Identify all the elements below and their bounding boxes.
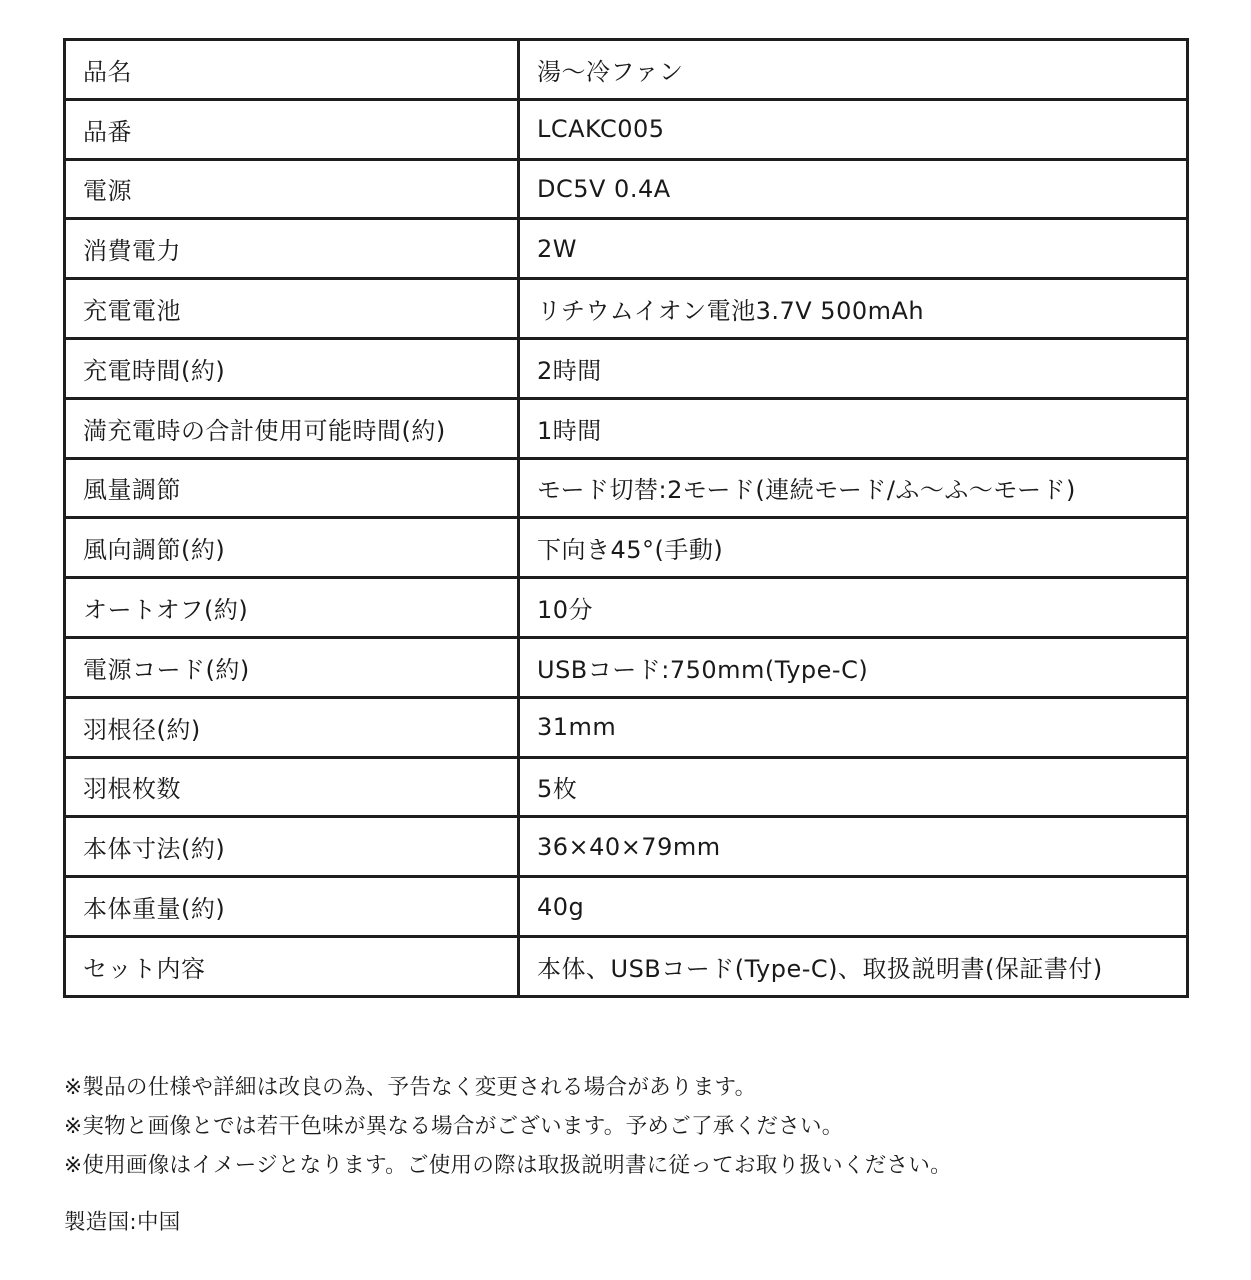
- country-of-origin: 製造国:中国: [64, 1205, 181, 1236]
- spec-label: 電源コード(約): [65, 637, 519, 697]
- spec-label: 風量調節: [65, 458, 519, 518]
- spec-table: 品名湯〜冷ファン 品番LCAKC005 電源DC5V 0.4A 消費電力2W 充…: [63, 38, 1189, 998]
- spec-label: 風向調節(約): [65, 518, 519, 578]
- spec-value: 2W: [519, 219, 1188, 279]
- table-row: 電源DC5V 0.4A: [65, 159, 1188, 219]
- spec-label: オートオフ(約): [65, 578, 519, 638]
- spec-value: USBコード:750mm(Type-C): [519, 637, 1188, 697]
- spec-label: 消費電力: [65, 219, 519, 279]
- spec-label: 充電電池: [65, 279, 519, 339]
- spec-label: 品名: [65, 40, 519, 100]
- spec-value: モード切替:2モード(連続モード/ふ〜ふ〜モード): [519, 458, 1188, 518]
- disclaimer-notes: ※製品の仕様や詳細は改良の為、予告なく変更される場合があります。 ※実物と画像と…: [64, 1068, 952, 1185]
- note-line: ※実物と画像とでは若干色味が異なる場合がございます。予めご了承ください。: [64, 1107, 952, 1146]
- spec-value: 31mm: [519, 697, 1188, 757]
- spec-value: LCAKC005: [519, 99, 1188, 159]
- spec-label: 羽根径(約): [65, 697, 519, 757]
- table-row: オートオフ(約)10分: [65, 578, 1188, 638]
- spec-label: 満充電時の合計使用可能時間(約): [65, 398, 519, 458]
- table-row: 品名湯〜冷ファン: [65, 40, 1188, 100]
- spec-value: リチウムイオン電池3.7V 500mAh: [519, 279, 1188, 339]
- table-row: 品番LCAKC005: [65, 99, 1188, 159]
- spec-value: 1時間: [519, 398, 1188, 458]
- note-line: ※製品の仕様や詳細は改良の為、予告なく変更される場合があります。: [64, 1068, 952, 1107]
- table-row: 充電電池リチウムイオン電池3.7V 500mAh: [65, 279, 1188, 339]
- spec-label: 本体寸法(約): [65, 817, 519, 877]
- table-row: 風向調節(約)下向き45°(手動): [65, 518, 1188, 578]
- spec-label: 羽根枚数: [65, 757, 519, 817]
- table-row: 本体寸法(約)36×40×79mm: [65, 817, 1188, 877]
- table-row: セット内容本体、USBコード(Type-C)、取扱説明書(保証書付): [65, 936, 1188, 996]
- spec-value: 2時間: [519, 338, 1188, 398]
- spec-label: 充電時間(約): [65, 338, 519, 398]
- spec-label: 本体重量(約): [65, 877, 519, 937]
- table-row: 消費電力2W: [65, 219, 1188, 279]
- spec-value: 36×40×79mm: [519, 817, 1188, 877]
- table-row: 電源コード(約)USBコード:750mm(Type-C): [65, 637, 1188, 697]
- table-row: 充電時間(約)2時間: [65, 338, 1188, 398]
- spec-label: 品番: [65, 99, 519, 159]
- spec-value: 10分: [519, 578, 1188, 638]
- note-line: ※使用画像はイメージとなります。ご使用の際は取扱説明書に従ってお取り扱いください…: [64, 1146, 952, 1185]
- spec-value: 下向き45°(手動): [519, 518, 1188, 578]
- spec-label: セット内容: [65, 936, 519, 996]
- spec-value: 湯〜冷ファン: [519, 40, 1188, 100]
- table-row: 本体重量(約)40g: [65, 877, 1188, 937]
- table-row: 満充電時の合計使用可能時間(約)1時間: [65, 398, 1188, 458]
- spec-label: 電源: [65, 159, 519, 219]
- table-row: 風量調節モード切替:2モード(連続モード/ふ〜ふ〜モード): [65, 458, 1188, 518]
- table-row: 羽根枚数5枚: [65, 757, 1188, 817]
- spec-value: 40g: [519, 877, 1188, 937]
- table-row: 羽根径(約)31mm: [65, 697, 1188, 757]
- spec-value: 5枚: [519, 757, 1188, 817]
- spec-value: 本体、USBコード(Type-C)、取扱説明書(保証書付): [519, 936, 1188, 996]
- spec-value: DC5V 0.4A: [519, 159, 1188, 219]
